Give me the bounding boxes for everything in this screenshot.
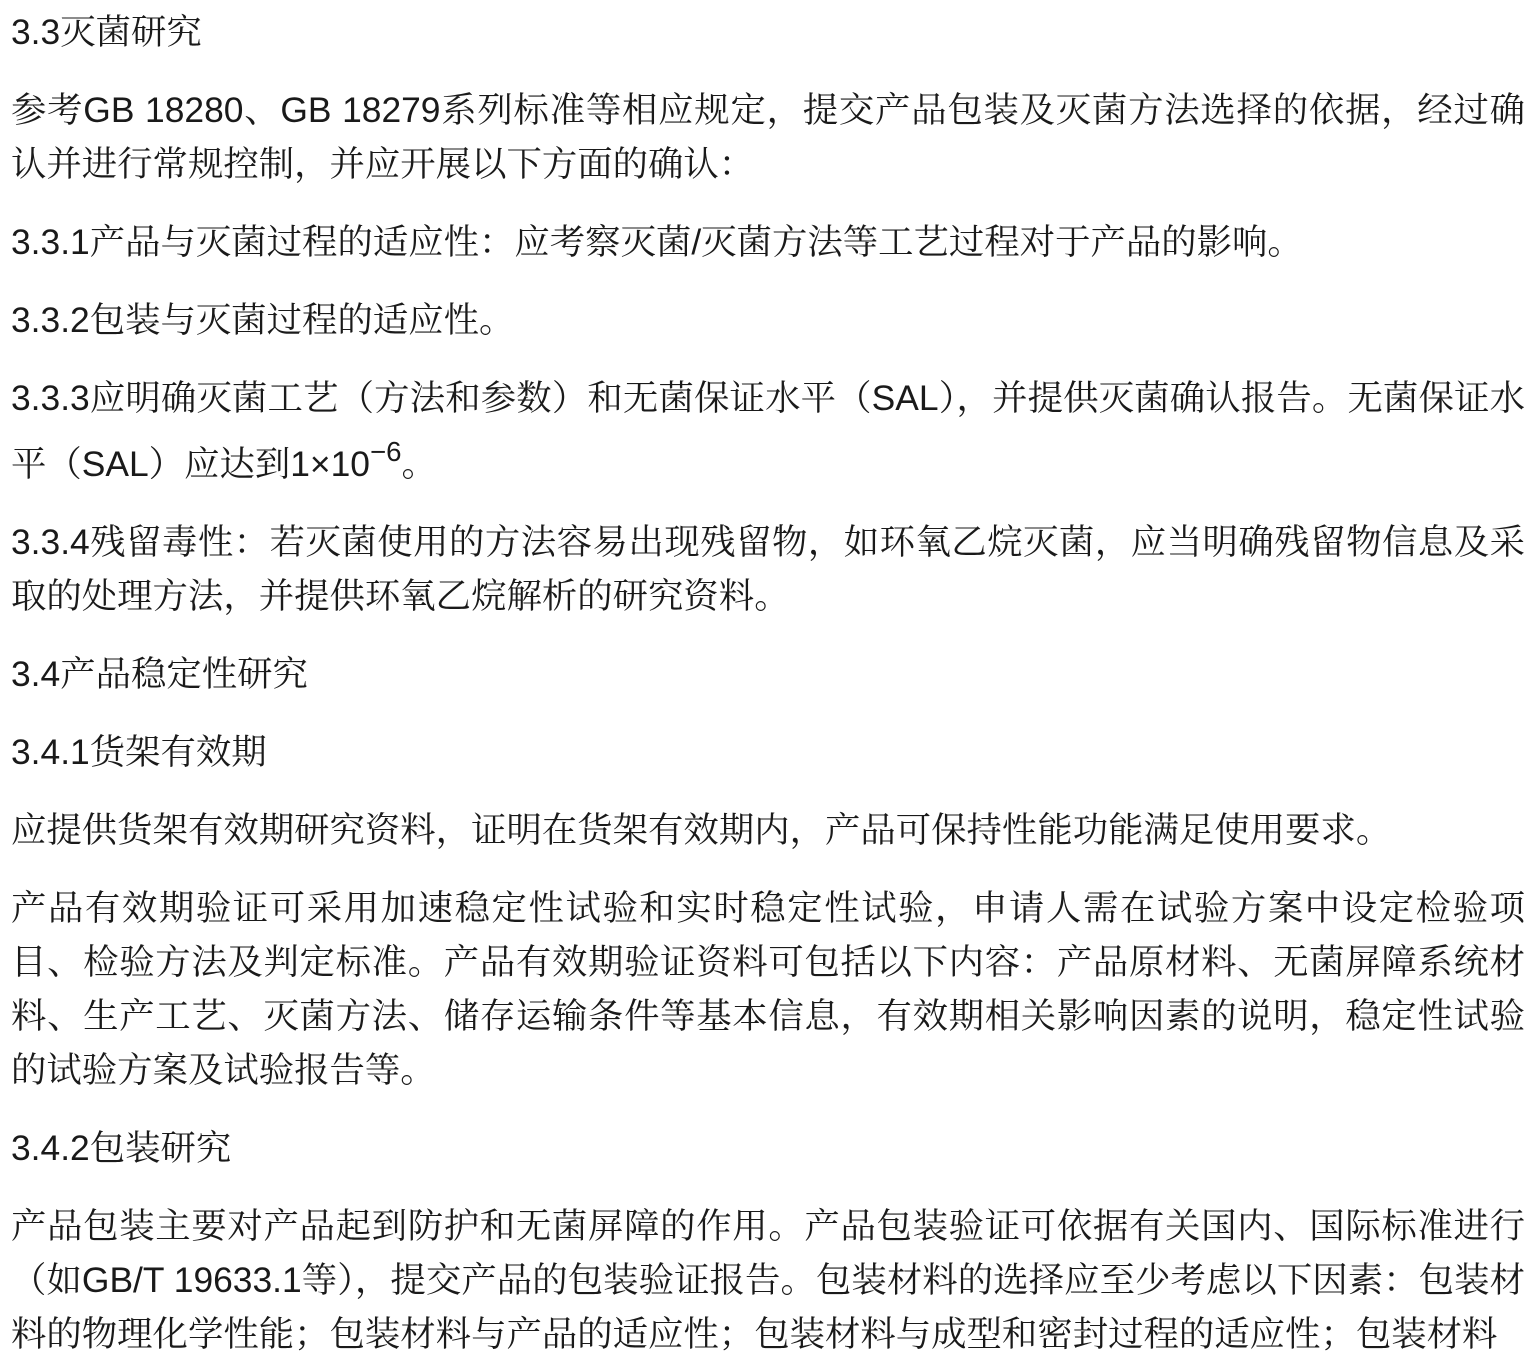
paragraph-3-3-2-packaging-process-compatibility: 3.3.2包装与灭菌过程的适应性。	[11, 293, 1525, 347]
paragraph-packaging-research: 产品包装主要对产品起到防护和无菌屏障的作用。产品包装验证可依据有关国内、国际标准…	[11, 1199, 1525, 1361]
paragraph-3-3-3-sal-requirement: 3.3.3应明确灭菌工艺（方法和参数）和无菌保证水平（SAL），并提供灭菌确认报…	[11, 371, 1525, 491]
sal-requirement-text: 3.3.3应明确灭菌工艺（方法和参数）和无菌保证水平（SAL），并提供灭菌确认报…	[11, 378, 1525, 484]
paragraph-shelf-life-intro: 应提供货架有效期研究资料，证明在货架有效期内，产品可保持性能功能满足使用要求。	[11, 803, 1525, 857]
document-body: 3.3灭菌研究 参考GB 18280、GB 18279系列标准等相应规定，提交产…	[0, 0, 1536, 1361]
section-heading-3-4-2: 3.4.2包装研究	[11, 1121, 1525, 1175]
document-page: { "colors": { "background": "#FFFFFF", "…	[0, 0, 1536, 1364]
paragraph-3-3-1-product-process-compatibility: 3.3.1产品与灭菌过程的适应性：应考察灭菌/灭菌方法等工艺过程对于产品的影响。	[11, 215, 1525, 269]
paragraph-3-3-4-residual-toxicity: 3.3.4残留毒性：若灭菌使用的方法容易出现残留物，如环氧乙烷灭菌，应当明确残留…	[11, 515, 1525, 623]
section-heading-3-4: 3.4产品稳定性研究	[11, 647, 1525, 701]
section-heading-3-4-1: 3.4.1货架有效期	[11, 725, 1525, 779]
section-heading-3-3: 3.3灭菌研究	[11, 5, 1525, 59]
sal-requirement-period: 。	[401, 444, 436, 484]
paragraph-sterilization-standards: 参考GB 18280、GB 18279系列标准等相应规定，提交产品包装及灭菌方法…	[11, 83, 1525, 191]
sal-exponent-superscript: −6	[370, 436, 401, 467]
paragraph-shelf-life-validation: 产品有效期验证可采用加速稳定性试验和实时稳定性试验，申请人需在试验方案中设定检验…	[11, 881, 1525, 1097]
